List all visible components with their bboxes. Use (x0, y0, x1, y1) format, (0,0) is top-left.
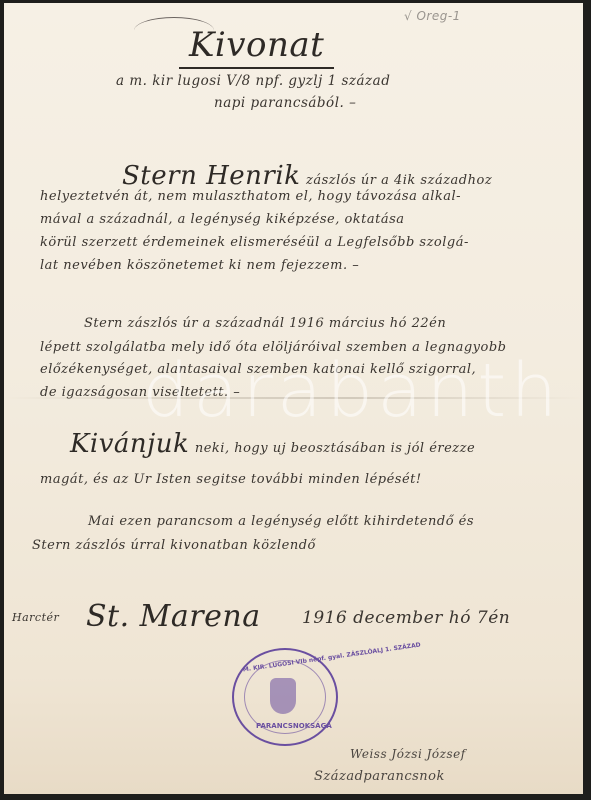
paragraph-4-line-1: Mai ezen parancsom a legénység előtt kih… (88, 511, 474, 533)
document-title: Kivonat (179, 25, 334, 69)
place-prefix: Harctér (12, 611, 59, 624)
signature-title: Századparancsnok (314, 769, 445, 784)
place-name: St. Marena (86, 599, 261, 634)
stamp-inner-text: PARANCSNOKSÁGA (256, 722, 332, 730)
paragraph-3-line-1: Kivánjuk neki, hogy uj beosztásában is j… (70, 429, 475, 460)
paragraph-4-line-2: Stern zászlós úrral kivonatban közlendő (32, 535, 316, 557)
document-page: √ Oreg-1 Kivonat a m. kir lugosi V/8 npf… (4, 3, 583, 794)
paragraph-3-line-2: magát, és az Ur Isten segitse további mi… (40, 469, 422, 491)
stamp-outer-text: M. KIR. LUGOSI VIb népf. gyal. ZÁSZLÓALJ… (242, 642, 421, 674)
paragraph-2-line-1: Stern zászlós úr a századnál 1916 márciu… (84, 313, 446, 335)
official-stamp: M. KIR. LUGOSI VIb népf. gyal. ZÁSZLÓALJ… (232, 648, 338, 746)
subtitle-line-2: napi parancsából. – (214, 95, 356, 111)
signature: Weiss Józsi József (350, 747, 466, 761)
paragraph-1-line-5: lat nevében köszönetemet ki nem fejezzem… (40, 255, 359, 277)
subtitle-line-1: a m. kir lugosi V/8 npf. gyzlj 1 század (116, 73, 390, 89)
coat-of-arms-icon (270, 678, 296, 714)
watermark: darabanth (142, 348, 561, 434)
paragraph-1-line-2: helyeztetvén át, nem mulaszthatom el, ho… (40, 186, 461, 208)
paragraph-1-line-4: körül szerzett érdemeinek elismeréséül a… (40, 232, 469, 254)
paragraph-1-line-3: mával a századnál, a legénység kiképzése… (40, 209, 405, 231)
archive-note: √ Oreg-1 (404, 9, 461, 23)
date: 1916 december hó 7én (302, 608, 510, 628)
